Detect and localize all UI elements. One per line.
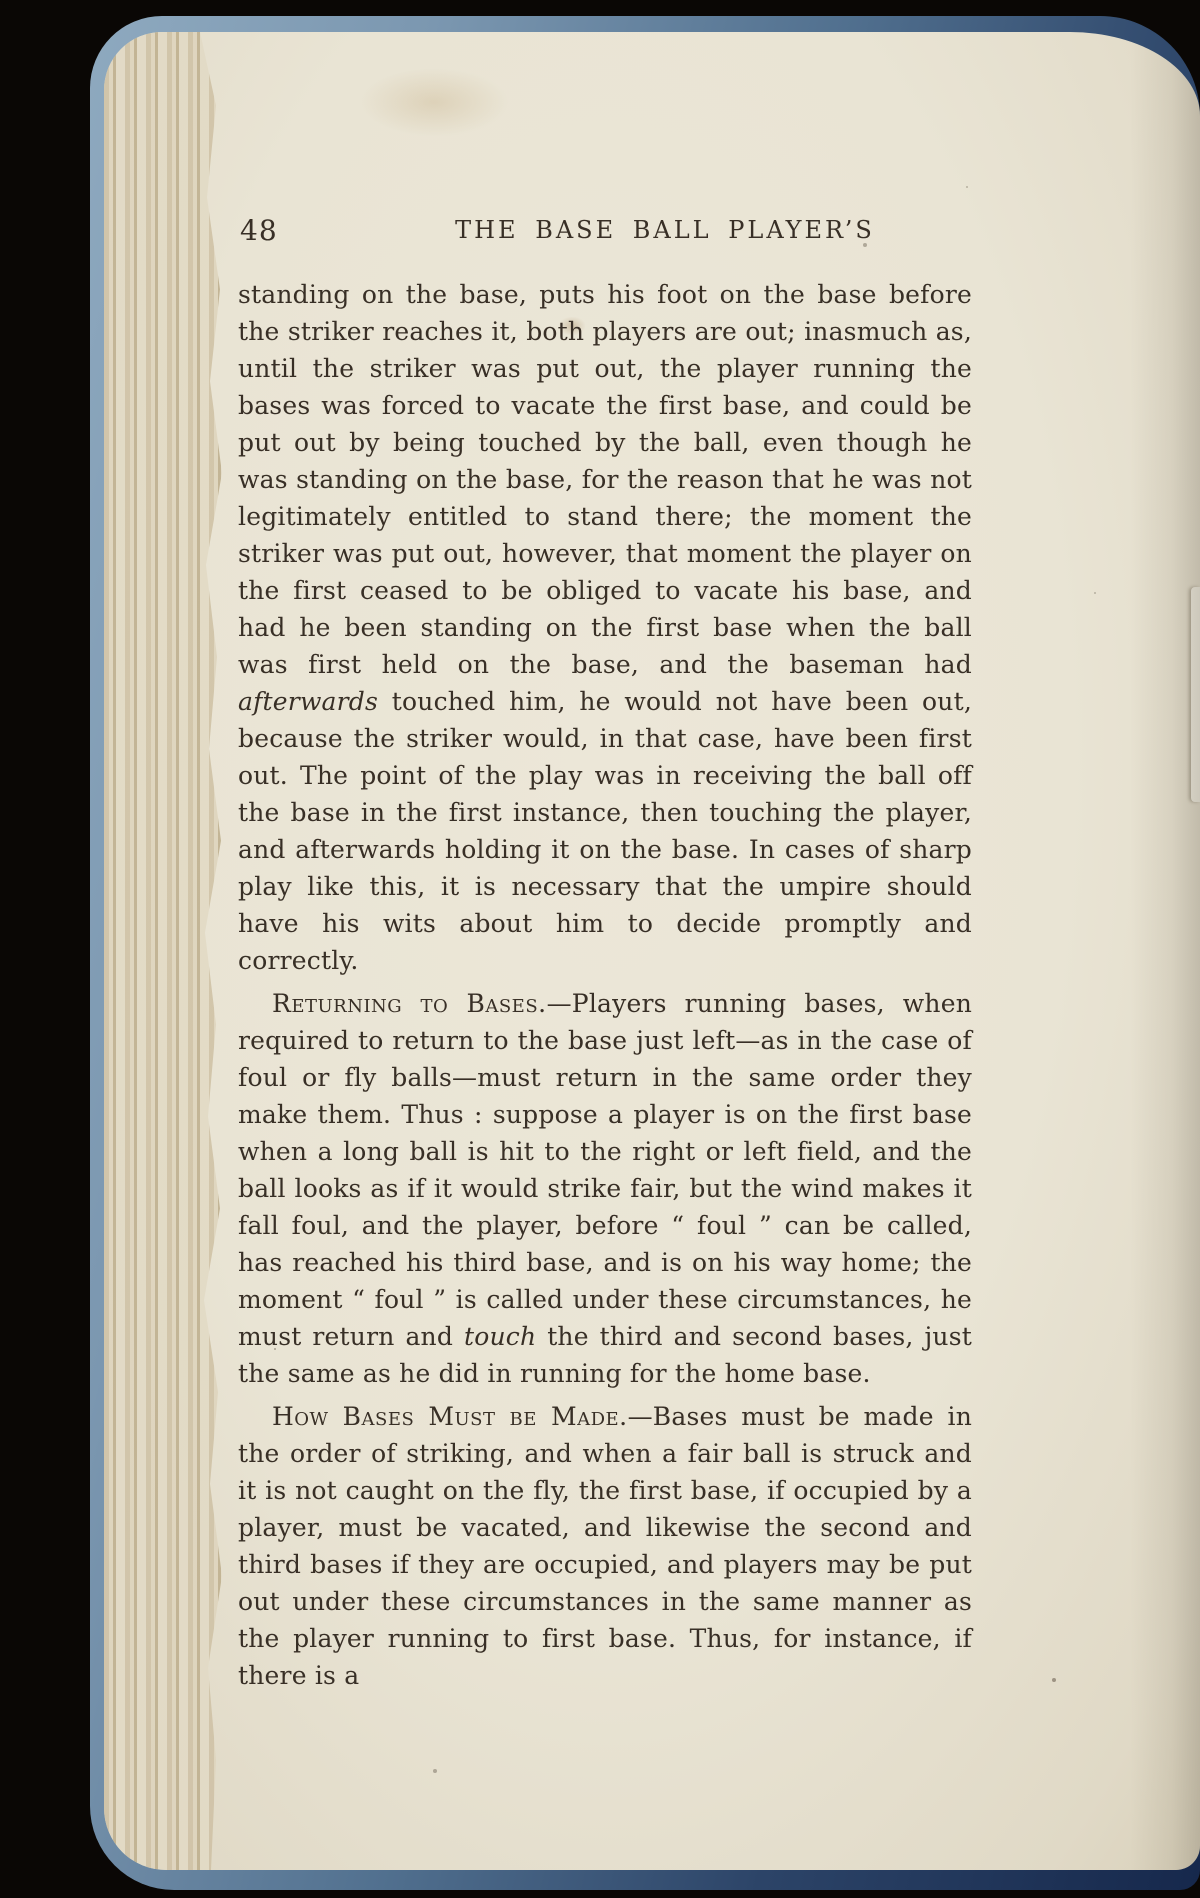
book-page: 48 THE BASE BALL PLAYER’S standing on th…	[104, 32, 1200, 1870]
page-header: 48 THE BASE BALL PLAYER’S	[238, 208, 972, 254]
paper-stain	[359, 67, 509, 137]
running-title: THE BASE BALL PLAYER’S	[358, 216, 972, 244]
page-text-area: 48 THE BASE BALL PLAYER’S standing on th…	[238, 208, 972, 1694]
page-text: standing on the base, puts his foot on t…	[238, 276, 972, 1694]
paragraph-lead: How Bases Must be Made.	[272, 1402, 628, 1431]
page-fore-edge-stack	[104, 32, 232, 1870]
scanned-book-photo: 48 THE BASE BALL PLAYER’S standing on th…	[0, 0, 1200, 1898]
paragraph-lead: Returning to Bases.	[272, 989, 547, 1018]
page-number: 48	[240, 214, 278, 247]
paragraph: How Bases Must be Made.—Bases must be ma…	[238, 1398, 972, 1694]
next-page-edge	[1191, 587, 1200, 802]
paragraph: Returning to Bases.—Players running base…	[238, 985, 972, 1392]
paragraph: standing on the base, puts his foot on t…	[238, 276, 972, 979]
paper-specks	[104, 32, 106, 34]
